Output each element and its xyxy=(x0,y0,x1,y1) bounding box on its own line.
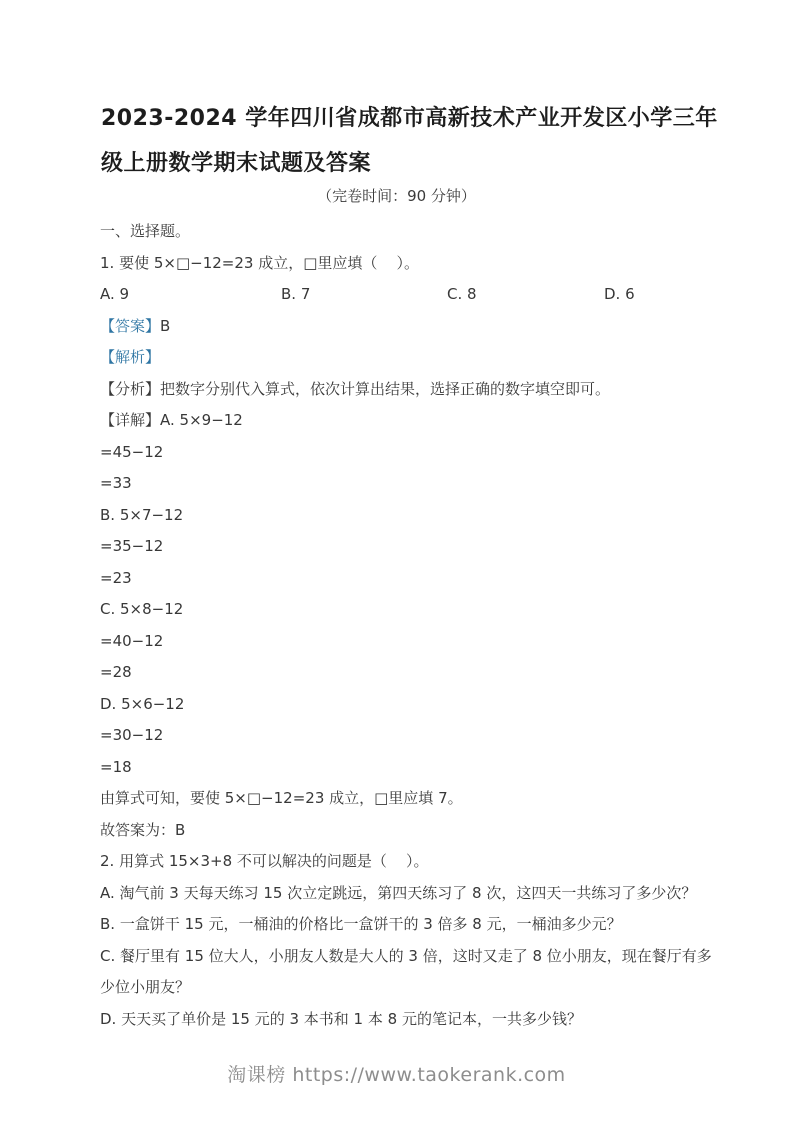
page-title-line-1: 2023-2024 学年四川省成都市高新技术产业开发区小学三年 xyxy=(101,96,726,141)
answer-label: 【解析】 xyxy=(100,348,160,366)
footer-watermark: 淘课榜 https://www.taokerank.com xyxy=(0,1060,793,1087)
answer-value: B xyxy=(160,317,170,335)
text-line: 少位小朋友？ xyxy=(100,972,712,1004)
option-d: D. 6 xyxy=(604,279,635,311)
text-line: =33 xyxy=(100,468,712,500)
text-line: =40−12 xyxy=(100,626,712,658)
doc-body: 一、选择题。1. 要使 5×□−12=23 成立，□里应填（ ）。A. 9B. … xyxy=(100,216,712,1035)
option-a: A. 9 xyxy=(100,279,281,311)
answer-line: 【答案】B xyxy=(100,311,712,343)
page-title-line-2: 级上册数学期末试题及答案 xyxy=(101,141,726,186)
text-line: 【详解】A. 5×9−12 xyxy=(100,405,712,437)
option-c: C. 8 xyxy=(447,279,604,311)
section-heading: 一、选择题。 xyxy=(100,216,712,248)
option-b: B. 7 xyxy=(281,279,447,311)
text-line: C. 5×8−12 xyxy=(100,594,712,626)
text-line: A. 淘气前 3 天每天练习 15 次立定跳远，第四天练习了 8 次，这四天一共… xyxy=(100,878,712,910)
text-line: =28 xyxy=(100,657,712,689)
text-line: C. 餐厅里有 15 位大人，小朋友人数是大人的 3 倍，这时又走了 8 位小朋… xyxy=(100,941,712,973)
answer-label: 【答案】 xyxy=(100,317,160,335)
text-line: B. 一盒饼干 15 元，一桶油的价格比一盒饼干的 3 倍多 8 元，一桶油多少… xyxy=(100,909,712,941)
text-line: D. 天天买了单价是 15 元的 3 本书和 1 本 8 元的笔记本，一共多少钱… xyxy=(100,1004,712,1036)
page-title: 2023-2024 学年四川省成都市高新技术产业开发区小学三年 级上册数学期末试… xyxy=(101,96,726,186)
text-line: 1. 要使 5×□−12=23 成立，□里应填（ ）。 xyxy=(100,248,712,280)
text-line: 【分析】把数字分别代入算式，依次计算出结果，选择正确的数字填空即可。 xyxy=(100,374,712,406)
text-line: 故答案为：B xyxy=(100,815,712,847)
text-line: =23 xyxy=(100,563,712,595)
text-line: =18 xyxy=(100,752,712,784)
text-line: =35−12 xyxy=(100,531,712,563)
exam-document-page: 2023-2024 学年四川省成都市高新技术产业开发区小学三年 级上册数学期末试… xyxy=(0,0,793,1122)
text-line: B. 5×7−12 xyxy=(100,500,712,532)
exam-duration-note: （完卷时间：90 分钟） xyxy=(0,185,793,206)
text-line: =45−12 xyxy=(100,437,712,469)
text-line: 由算式可知，要使 5×□−12=23 成立，□里应填 7。 xyxy=(100,783,712,815)
options-row: A. 9B. 7C. 8D. 6 xyxy=(100,279,712,311)
text-line: =30−12 xyxy=(100,720,712,752)
text-line: D. 5×6−12 xyxy=(100,689,712,721)
answer-line: 【解析】 xyxy=(100,342,712,374)
text-line: 2. 用算式 15×3+8 不可以解决的问题是（ ）。 xyxy=(100,846,712,878)
